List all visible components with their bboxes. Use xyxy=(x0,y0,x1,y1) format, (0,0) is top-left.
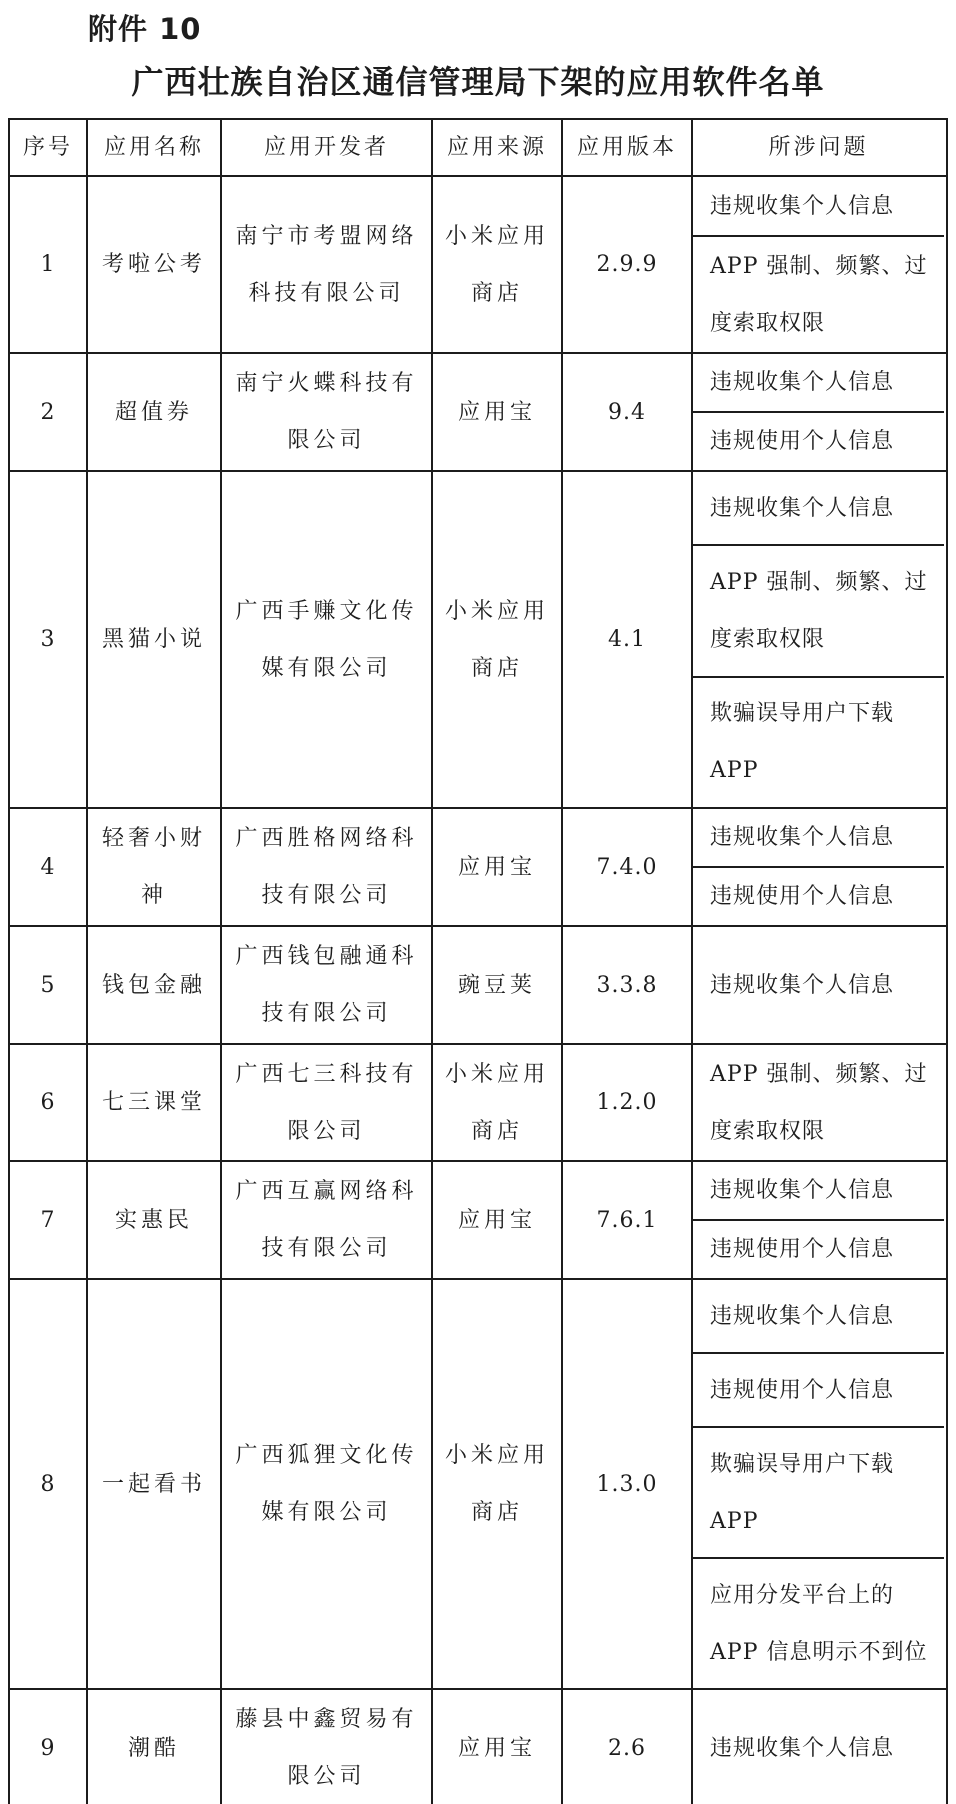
cell-developer: 广西狐狸文化传媒有限公司 xyxy=(222,1280,433,1688)
cell-source: 小米应用商店 xyxy=(433,1045,563,1160)
cell-no: 6 xyxy=(10,1045,88,1160)
cell-app-name: 钱包金融 xyxy=(88,927,222,1043)
issue-item: 违规收集个人信息 xyxy=(693,354,944,411)
issue-item: 违规收集个人信息 xyxy=(693,1690,944,1804)
table-row: 9 潮酷 藤县中鑫贸易有限公司 应用宝 2.6 违规收集个人信息 xyxy=(10,1690,946,1804)
issue-item: 违规收集个人信息 xyxy=(693,809,944,866)
header-cell-no: 序号 xyxy=(10,120,88,175)
table-row: 3 黑猫小说 广西手赚文化传媒有限公司 小米应用商店 4.1 违规收集个人信息 … xyxy=(10,472,946,809)
table-row: 6 七三课堂 广西七三科技有限公司 小米应用商店 1.2.0 APP 强制、频繁… xyxy=(10,1045,946,1162)
issue-item: 违规收集个人信息 xyxy=(693,927,944,1043)
cell-version: 2.9.9 xyxy=(563,177,693,352)
cell-source: 应用宝 xyxy=(433,354,563,470)
cell-developer: 广西手赚文化传媒有限公司 xyxy=(222,472,433,807)
header-cell-version: 应用版本 xyxy=(563,120,693,175)
cell-source: 豌豆荚 xyxy=(433,927,563,1043)
issue-item: APP 强制、频繁、过度索取权限 xyxy=(693,235,944,352)
cell-issues: 违规收集个人信息 违规使用个人信息 xyxy=(693,809,944,925)
issue-item: 欺骗误导用户下载 APP xyxy=(693,676,944,807)
cell-no: 2 xyxy=(10,354,88,470)
cell-version: 1.3.0 xyxy=(563,1280,693,1688)
issue-item: 违规使用个人信息 xyxy=(693,1219,944,1278)
cell-developer: 广西互赢网络科技有限公司 xyxy=(222,1162,433,1278)
cell-version: 7.4.0 xyxy=(563,809,693,925)
issue-item: 违规收集个人信息 xyxy=(693,1162,944,1219)
issue-item: APP 强制、频繁、过度索取权限 xyxy=(693,1045,944,1160)
cell-developer: 广西钱包融通科技有限公司 xyxy=(222,927,433,1043)
cell-app-name: 一起看书 xyxy=(88,1280,222,1688)
cell-version: 9.4 xyxy=(563,354,693,470)
document-page: 附件 10 广西壮族自治区通信管理局下架的应用软件名单 序号 应用名称 应用开发… xyxy=(0,10,956,1804)
cell-issues: 违规收集个人信息 xyxy=(693,927,944,1043)
table-row: 4 轻奢小财神 广西胜格网络科技有限公司 应用宝 7.4.0 违规收集个人信息 … xyxy=(10,809,946,927)
cell-app-name: 潮酷 xyxy=(88,1690,222,1804)
issue-item: 违规使用个人信息 xyxy=(693,866,944,925)
cell-no: 5 xyxy=(10,927,88,1043)
cell-source: 小米应用商店 xyxy=(433,177,563,352)
cell-developer: 广西胜格网络科技有限公司 xyxy=(222,809,433,925)
cell-version: 2.6 xyxy=(563,1690,693,1804)
cell-version: 7.6.1 xyxy=(563,1162,693,1278)
cell-no: 7 xyxy=(10,1162,88,1278)
cell-developer: 藤县中鑫贸易有限公司 xyxy=(222,1690,433,1804)
cell-issues: APP 强制、频繁、过度索取权限 xyxy=(693,1045,944,1160)
header-cell-issues: 所涉问题 xyxy=(693,120,944,175)
cell-no: 8 xyxy=(10,1280,88,1688)
header-cell-source: 应用来源 xyxy=(433,120,563,175)
cell-no: 3 xyxy=(10,472,88,807)
issue-item: 违规收集个人信息 xyxy=(693,472,944,544)
cell-issues: 违规收集个人信息 违规使用个人信息 欺骗误导用户下载 APP 应用分发平台上的 … xyxy=(693,1280,944,1688)
cell-issues: 违规收集个人信息 xyxy=(693,1690,944,1804)
cell-app-name: 轻奢小财神 xyxy=(88,809,222,925)
cell-developer: 南宁市考盟网络科技有限公司 xyxy=(222,177,433,352)
table-row: 2 超值券 南宁火蝶科技有限公司 应用宝 9.4 违规收集个人信息 违规使用个人… xyxy=(10,354,946,472)
table-row: 7 实惠民 广西互赢网络科技有限公司 应用宝 7.6.1 违规收集个人信息 违规… xyxy=(10,1162,946,1280)
cell-source: 应用宝 xyxy=(433,809,563,925)
cell-issues: 违规收集个人信息 APP 强制、频繁、过度索取权限 欺骗误导用户下载 APP xyxy=(693,472,944,807)
issue-item: APP 强制、频繁、过度索取权限 xyxy=(693,544,944,675)
cell-app-name: 超值券 xyxy=(88,354,222,470)
cell-issues: 违规收集个人信息 APP 强制、频繁、过度索取权限 xyxy=(693,177,944,352)
cell-no: 9 xyxy=(10,1690,88,1804)
issue-item: 违规收集个人信息 xyxy=(693,177,944,235)
cell-version: 1.2.0 xyxy=(563,1045,693,1160)
table-header-row: 序号 应用名称 应用开发者 应用来源 应用版本 所涉问题 xyxy=(10,120,946,177)
cell-app-name: 七三课堂 xyxy=(88,1045,222,1160)
cell-no: 4 xyxy=(10,809,88,925)
cell-source: 应用宝 xyxy=(433,1690,563,1804)
header-cell-developer: 应用开发者 xyxy=(222,120,433,175)
cell-app-name: 黑猫小说 xyxy=(88,472,222,807)
cell-source: 应用宝 xyxy=(433,1162,563,1278)
cell-version: 4.1 xyxy=(563,472,693,807)
table-row: 1 考啦公考 南宁市考盟网络科技有限公司 小米应用商店 2.9.9 违规收集个人… xyxy=(10,177,946,354)
page-title: 广西壮族自治区通信管理局下架的应用软件名单 xyxy=(0,60,956,104)
issue-item: 违规使用个人信息 xyxy=(693,411,944,470)
attachment-label: 附件 10 xyxy=(88,10,956,48)
cell-developer: 广西七三科技有限公司 xyxy=(222,1045,433,1160)
table-row: 8 一起看书 广西狐狸文化传媒有限公司 小米应用商店 1.3.0 违规收集个人信… xyxy=(10,1280,946,1690)
table-row: 5 钱包金融 广西钱包融通科技有限公司 豌豆荚 3.3.8 违规收集个人信息 xyxy=(10,927,946,1045)
cell-source: 小米应用商店 xyxy=(433,472,563,807)
cell-app-name: 考啦公考 xyxy=(88,177,222,352)
issue-item: 欺骗误导用户下载 APP xyxy=(693,1426,944,1557)
cell-no: 1 xyxy=(10,177,88,352)
issue-item: 违规收集个人信息 xyxy=(693,1280,944,1352)
cell-issues: 违规收集个人信息 违规使用个人信息 xyxy=(693,1162,944,1278)
cell-version: 3.3.8 xyxy=(563,927,693,1043)
issue-item: 应用分发平台上的 APP 信息明示不到位 xyxy=(693,1557,944,1688)
issue-item: 违规使用个人信息 xyxy=(693,1352,944,1426)
cell-source: 小米应用商店 xyxy=(433,1280,563,1688)
header-cell-app-name: 应用名称 xyxy=(88,120,222,175)
cell-app-name: 实惠民 xyxy=(88,1162,222,1278)
removed-apps-table: 序号 应用名称 应用开发者 应用来源 应用版本 所涉问题 1 考啦公考 南宁市考… xyxy=(8,118,948,1804)
cell-developer: 南宁火蝶科技有限公司 xyxy=(222,354,433,470)
cell-issues: 违规收集个人信息 违规使用个人信息 xyxy=(693,354,944,470)
